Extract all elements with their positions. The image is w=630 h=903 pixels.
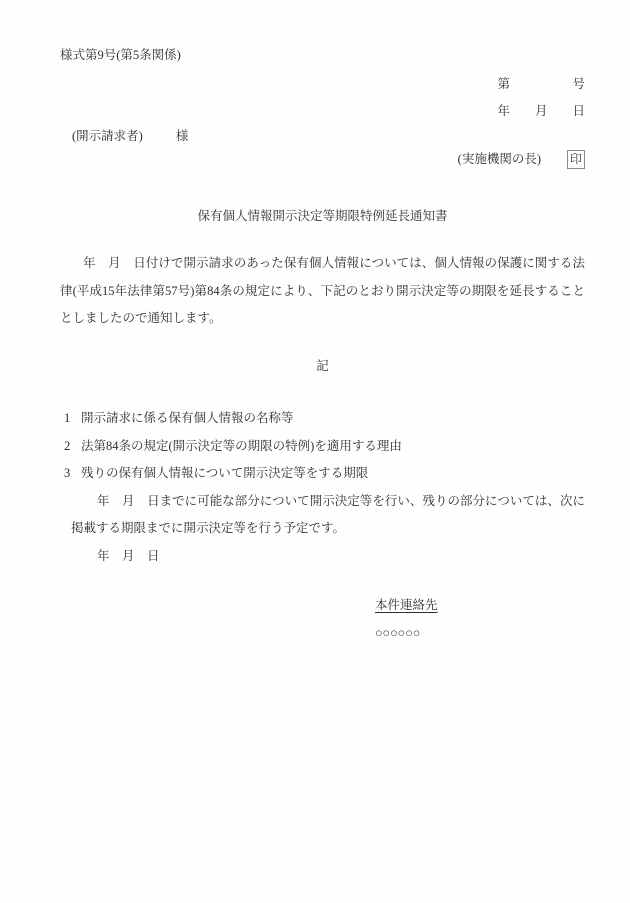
list-item-text: 開示請求に係る保有個人情報の名称等 <box>81 405 294 433</box>
issue-date-line: 年 月 日 <box>60 98 585 126</box>
issuer-line: (実施機関の長) 印 <box>60 146 585 174</box>
list-item-number: 3 <box>64 460 81 488</box>
list-item-text: 法第84条の規定(開示決定等の期限の特例)を適用する理由 <box>81 433 402 461</box>
list-item-number: 1 <box>64 405 81 433</box>
item3-detail-line: 年 月 日までに可能な部分について開示決定等を行い、残りの部分については、次に <box>60 488 585 516</box>
item3-detail-date-line: 年 月 日 <box>60 543 585 571</box>
list-item: 3 残りの保有個人情報について開示決定等をする期限 <box>60 460 585 488</box>
item3-detail-line: 掲載する期限までに開示決定等を行う予定です。 <box>60 515 585 543</box>
body-line: としましたので通知します。 <box>60 305 585 333</box>
contact-value: ○○○○○○ <box>375 620 585 648</box>
ki-heading: 記 <box>60 353 585 381</box>
body-line: 律(平成15年法律第57号)第84条の規定により、下記のとおり開示決定等の期限を… <box>60 278 585 306</box>
list-item-text: 残りの保有個人情報について開示決定等をする期限 <box>81 460 368 488</box>
list-item: 2 法第84条の規定(開示決定等の期限の特例)を適用する理由 <box>60 433 585 461</box>
document-page: 様式第9号(第5条関係) 第 号 年 月 日 (開示請求者) 様 (実施機関の長… <box>0 0 630 903</box>
document-number-line: 第 号 <box>60 71 585 99</box>
seal-mark: 印 <box>567 150 585 169</box>
list-item: 1 開示請求に係る保有個人情報の名称等 <box>60 405 585 433</box>
body-line: 年 月 日付けで開示請求のあった保有個人情報については、個人情報の保護に関する法 <box>60 250 585 278</box>
body-paragraph: 年 月 日付けで開示請求のあった保有個人情報については、個人情報の保護に関する法… <box>60 250 585 333</box>
numbered-list: 1 開示請求に係る保有個人情報の名称等 2 法第84条の規定(開示決定等の期限の… <box>60 405 585 570</box>
list-item-number: 2 <box>64 433 81 461</box>
contact-heading: 本件連絡先 <box>375 592 585 620</box>
form-number: 様式第9号(第5条関係) <box>60 42 585 70</box>
contact-block: 本件連絡先 ○○○○○○ <box>375 592 585 647</box>
document-title: 保有個人情報開示決定等期限特例延長通知書 <box>60 203 585 231</box>
issuer-label: (実施機関の長) <box>458 146 541 174</box>
